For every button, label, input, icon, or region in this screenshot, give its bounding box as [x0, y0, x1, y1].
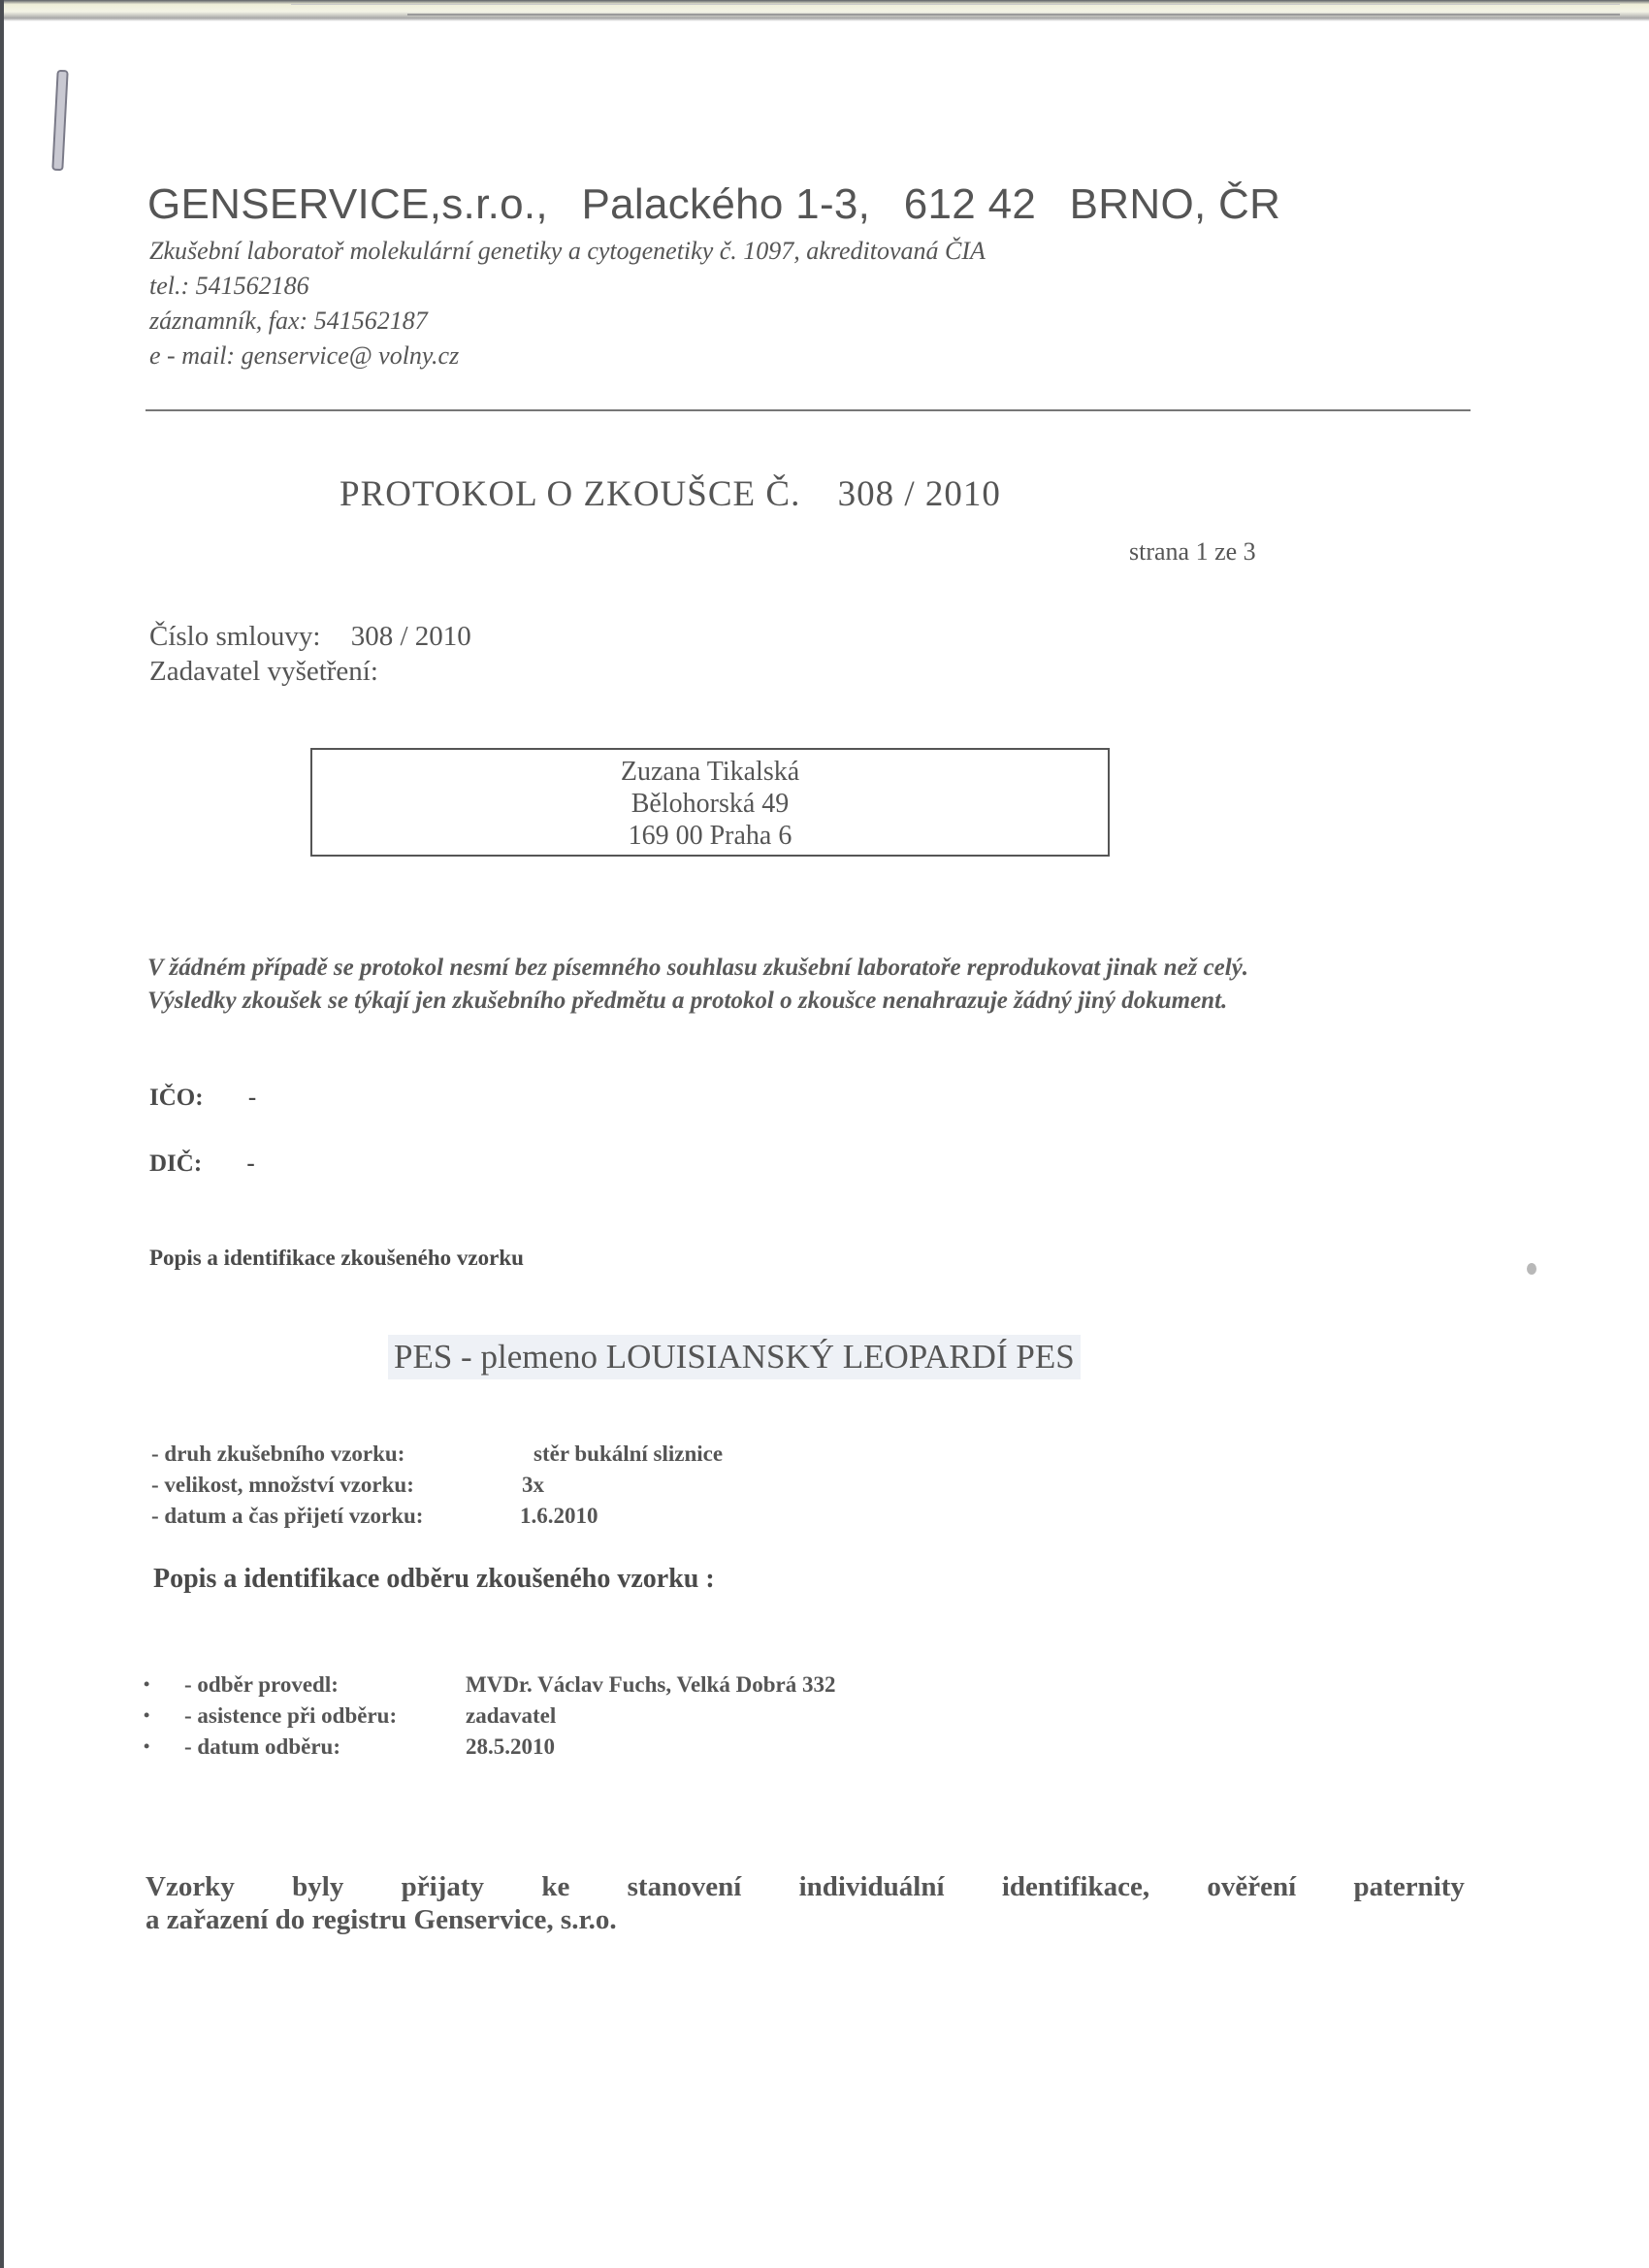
conclusion-word: byly [292, 1870, 343, 1903]
contract-number: Číslo smlouvy: 308 / 2010 [149, 621, 471, 653]
dic-label: DIČ: [149, 1150, 202, 1177]
collection-row-value: MVDr. Václav Fuchs, Velká Dobrá 332 [466, 1672, 835, 1697]
protocol-number: 308 / 2010 [838, 474, 1001, 514]
collection-row: •- asistence při odběru:zadavatel [144, 1703, 556, 1729]
sample-row: - druh zkušebního vzorku:stěr bukální sl… [151, 1442, 723, 1467]
sample-section-title: Popis a identifikace zkoušeného vzorku [149, 1246, 524, 1271]
requester-street: Bělohorská 49 [312, 788, 1108, 820]
sample-row-label: - datum a čas přijetí vzorku: [151, 1504, 520, 1529]
conclusion-word: identifikace, [1002, 1870, 1149, 1903]
results-notice: Výsledky zkoušek se týkají jen zkušebníh… [147, 988, 1227, 1015]
bullet-icon: • [144, 1674, 184, 1695]
page-indicator: strana 1 ze 3 [1129, 537, 1256, 567]
sample-row-value: 1.6.2010 [520, 1504, 598, 1528]
sample-row-value: 3x [522, 1473, 544, 1497]
collection-section-title: Popis a identifikace odběru zkoušeného v… [153, 1564, 715, 1595]
conclusion-line-2: a zařazení do registru Genservice, s.r.o… [145, 1903, 1465, 1936]
collection-row-label: - datum odběru: [184, 1734, 466, 1760]
header-divider [145, 409, 1471, 411]
company-street: Palackého 1-3, [581, 180, 870, 228]
sample-row: - velikost, množství vzorku:3x [151, 1473, 544, 1498]
scan-speck [1527, 1263, 1536, 1275]
sample-row-label: - druh zkušebního vzorku: [151, 1442, 533, 1467]
conclusion-line-1: Vzorkybylypřijatykestanoveníindividuální… [145, 1870, 1465, 1903]
conclusion-paragraph: Vzorkybylypřijatykestanoveníindividuální… [145, 1870, 1465, 1936]
protocol-title: PROTOKOL O ZKOUŠCE Č. 308 / 2010 [339, 473, 1001, 515]
contract-value: 308 / 2010 [351, 621, 471, 652]
lab-description: Zkušební laboratoř molekulární genetiky … [149, 237, 986, 266]
scanner-edge-line [407, 14, 1620, 16]
bullet-icon: • [144, 1705, 184, 1726]
conclusion-word: Vzorky [145, 1870, 235, 1903]
conclusion-word: stanovení [628, 1870, 742, 1903]
breed-heading: PES - plemeno LOUISIANSKÝ LEOPARDÍ PES [388, 1335, 1081, 1379]
scanner-edge-left [0, 0, 4, 2268]
requester-name: Zuzana Tikalská [312, 756, 1108, 788]
ico-field: IČO: - [149, 1085, 256, 1112]
requester-city: 169 00 Praha 6 [312, 820, 1108, 852]
collection-row-value: 28.5.2010 [466, 1734, 555, 1759]
collection-row-value: zadavatel [466, 1703, 556, 1728]
company-city: BRNO, ČR [1070, 180, 1281, 228]
conclusion-word: paternity [1354, 1870, 1465, 1903]
ico-label: IČO: [149, 1085, 204, 1111]
company-phone: tel.: 541562186 [149, 272, 309, 301]
company-name: GENSERVICE,s.r.o., [147, 180, 548, 228]
conclusion-word: přijaty [402, 1870, 484, 1903]
company-zip: 612 42 [904, 180, 1036, 228]
conclusion-word: ověření [1207, 1870, 1296, 1903]
requester-address-box: Zuzana Tikalská Bělohorská 49 169 00 Pra… [310, 748, 1110, 857]
ico-value: - [248, 1085, 256, 1111]
conclusion-word: ke [541, 1870, 569, 1903]
company-header: GENSERVICE,s.r.o., Palackého 1-3, 612 42… [147, 180, 1302, 229]
company-email: e - mail: genservice@ volny.cz [149, 341, 459, 371]
collection-row-label: - odběr provedl: [184, 1672, 466, 1698]
sample-row: - datum a čas přijetí vzorku:1.6.2010 [151, 1504, 598, 1529]
conclusion-word: individuální [799, 1870, 945, 1903]
staple-mark [51, 70, 68, 171]
contract-label: Číslo smlouvy: [149, 621, 320, 652]
dic-field: DIČ: - [149, 1150, 255, 1178]
company-fax: záznamník, fax: 541562187 [149, 307, 428, 336]
protocol-title-text: PROTOKOL O ZKOUŠCE Č. [339, 474, 800, 514]
sample-row-label: - velikost, množství vzorku: [151, 1473, 522, 1498]
bullet-icon: • [144, 1736, 184, 1757]
collection-row-label: - asistence při odběru: [184, 1703, 466, 1729]
dic-value: - [246, 1150, 254, 1177]
requester-label: Zadavatel vyšetření: [149, 656, 378, 688]
sample-row-value: stěr bukální sliznice [533, 1442, 723, 1466]
reproduction-notice: V žádném případě se protokol nesmí bez p… [147, 955, 1248, 982]
collection-row: •- odběr provedl:MVDr. Václav Fuchs, Vel… [144, 1672, 835, 1698]
scanner-edge-line [291, 4, 1620, 5]
collection-row: •- datum odběru:28.5.2010 [144, 1734, 555, 1760]
